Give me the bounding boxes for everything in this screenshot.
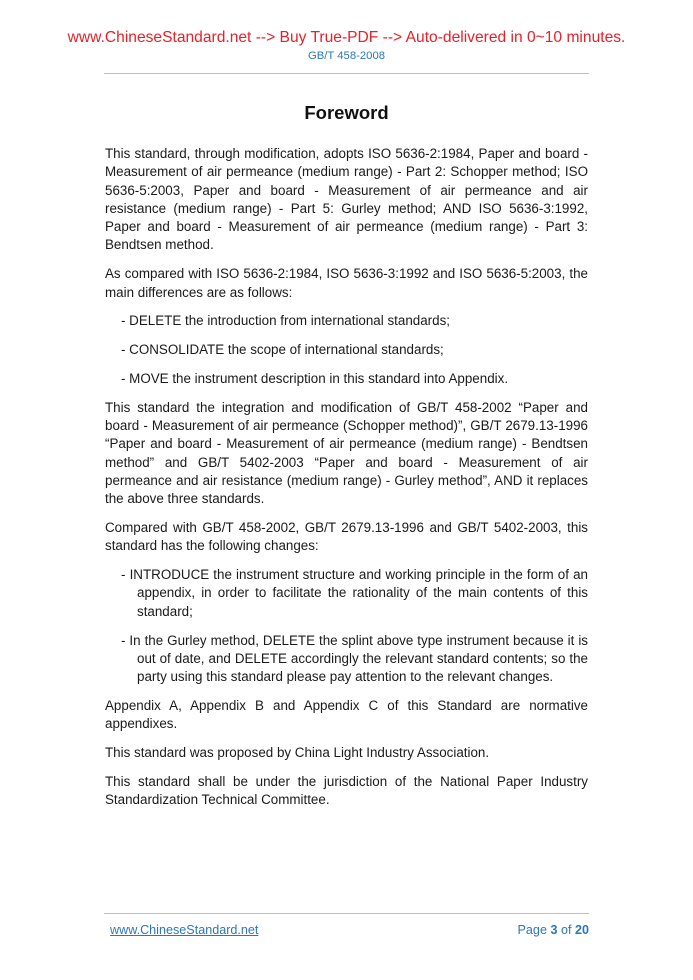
paragraph: This standard the integration and modifi… [105, 399, 588, 509]
page-indicator: Page 3 of 20 [518, 923, 589, 937]
list-item: - INTRODUCE the instrument structure and… [105, 566, 588, 621]
promo-banner[interactable]: www.ChineseStandard.net --> Buy True-PDF… [0, 29, 693, 47]
page-prefix: Page [518, 923, 551, 937]
paragraph: This standard shall be under the jurisdi… [105, 773, 588, 810]
footer-website-link[interactable]: www.ChineseStandard.net [110, 923, 258, 937]
page-title: Foreword [0, 102, 693, 124]
page-separator: of [557, 923, 575, 937]
document-id: GB/T 458-2008 [0, 50, 693, 62]
footer-divider [104, 913, 589, 914]
paragraph: This standard was proposed by China Ligh… [105, 744, 588, 762]
list-item: - In the Gurley method, DELETE the splin… [105, 632, 588, 687]
paragraph: As compared with ISO 5636-2:1984, ISO 56… [105, 265, 588, 302]
paragraph: Appendix A, Appendix B and Appendix C of… [105, 697, 588, 734]
paragraph: This standard, through modification, ado… [105, 145, 588, 255]
header-divider [104, 73, 589, 74]
list-item: - DELETE the introduction from internati… [105, 312, 588, 330]
paragraph: Compared with GB/T 458-2002, GB/T 2679.1… [105, 519, 588, 556]
document-body: This standard, through modification, ado… [105, 145, 588, 820]
page-total: 20 [575, 923, 589, 937]
list-item: - MOVE the instrument description in thi… [105, 370, 588, 388]
list-item: - CONSOLIDATE the scope of international… [105, 341, 588, 359]
